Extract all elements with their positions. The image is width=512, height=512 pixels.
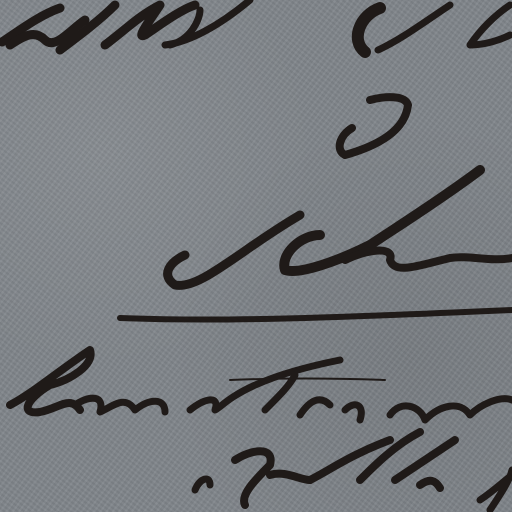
handwriting-strokes: [0, 0, 512, 512]
manuscript-paper: banaticum e Roebel, y: [0, 0, 512, 512]
